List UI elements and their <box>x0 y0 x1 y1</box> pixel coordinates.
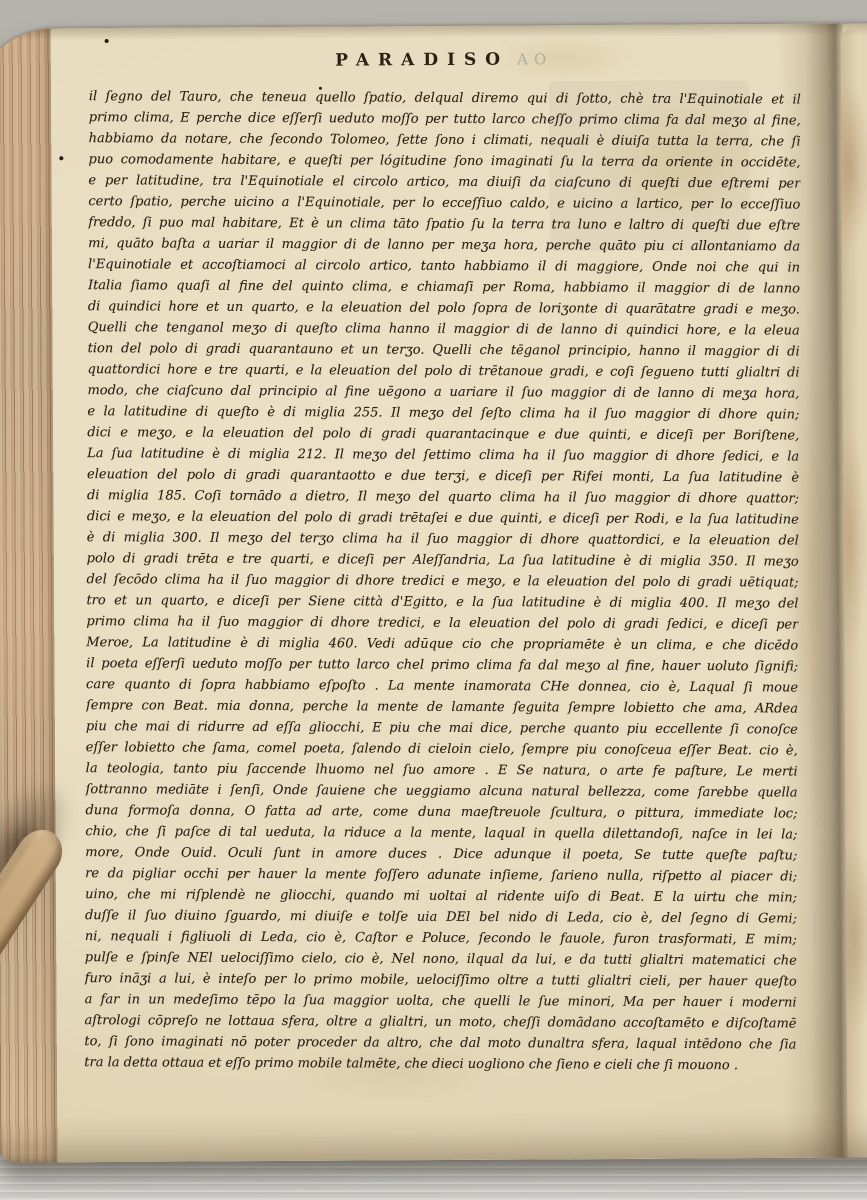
show-through-letters: AO <box>517 50 552 68</box>
text-line: tra la detta ottaua et eſſo primo mobile… <box>84 1052 796 1076</box>
running-title: PARADISOAO <box>89 48 799 72</box>
text-block: il ſegno del Tauro, che teneua quello ſp… <box>84 86 801 1076</box>
book-page: PARADISOAO il ſegno del Tauro, che teneu… <box>0 23 867 1162</box>
page-top-shadow <box>0 23 867 40</box>
running-title-text: PARADISO <box>335 50 509 71</box>
page-stack-fore-edge <box>0 28 57 1162</box>
ink-speck <box>59 156 63 160</box>
book-photograph: PARADISOAO il ſegno del Tauro, che teneu… <box>0 0 867 1200</box>
page-bottom-shadow <box>0 1109 867 1162</box>
gutter-shadow <box>777 24 850 1158</box>
